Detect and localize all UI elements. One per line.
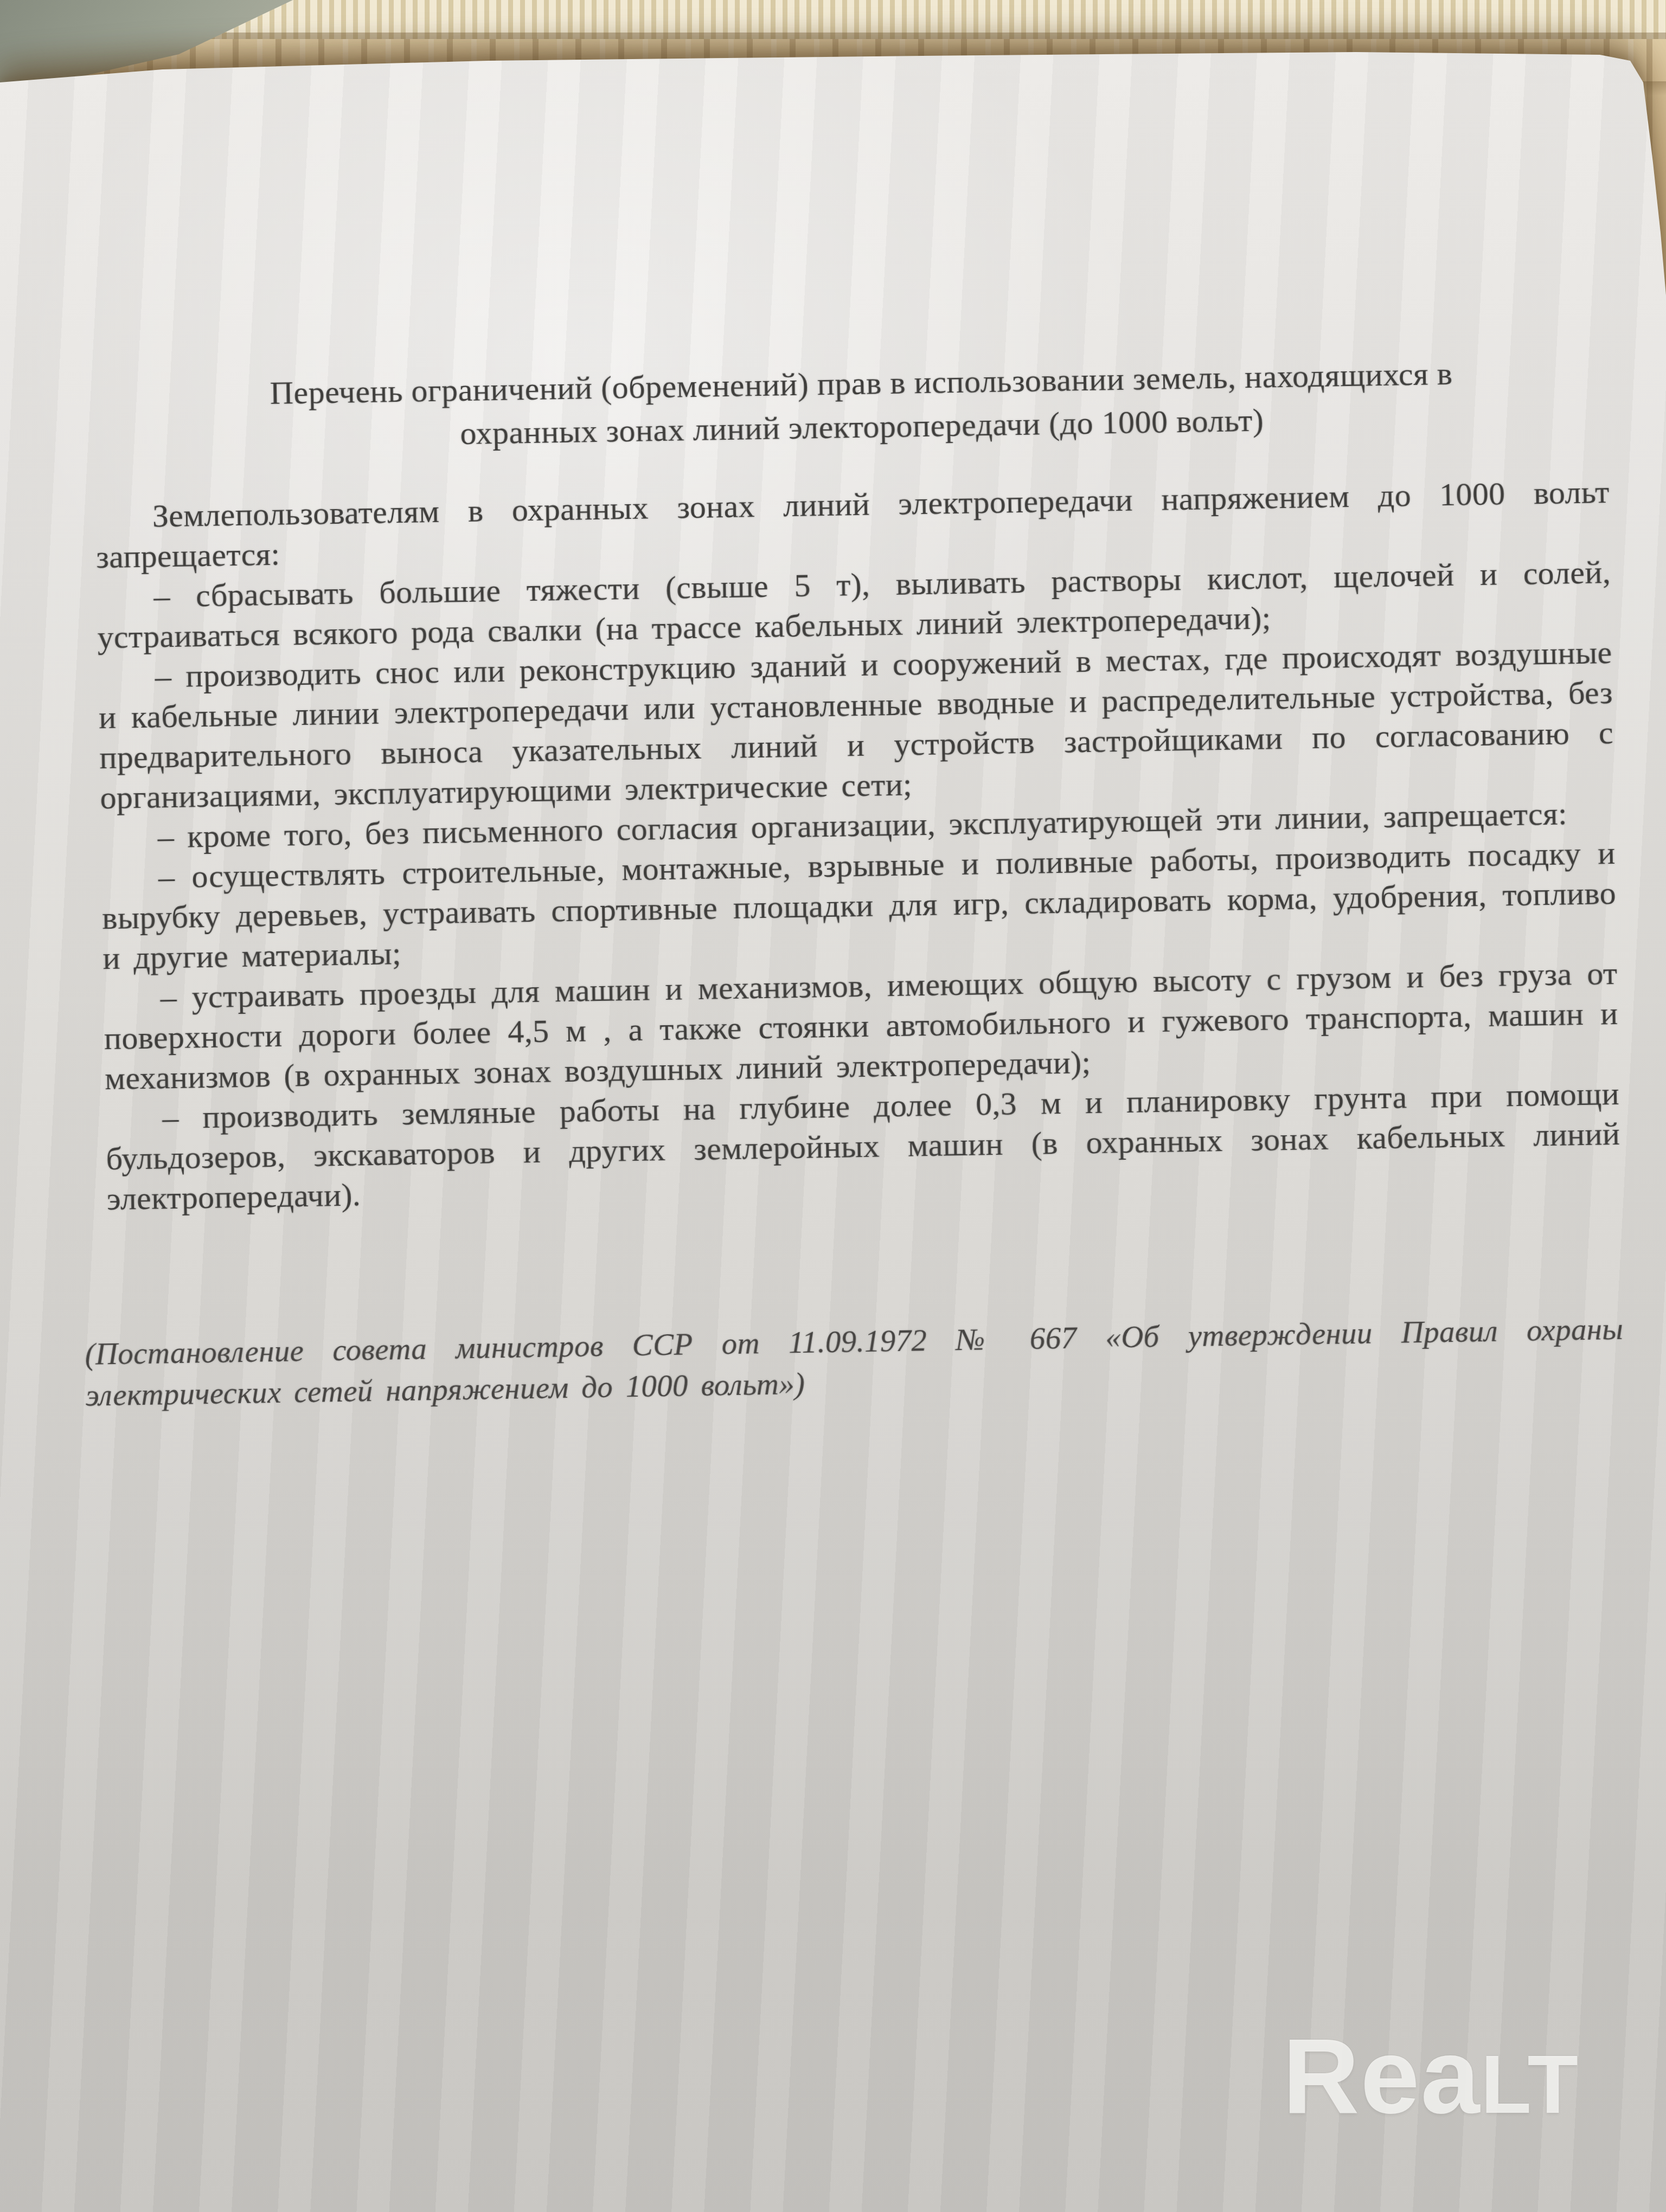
document-text: Перечень ограничений (обременений) прав … — [0, 0, 1666, 1418]
document-title: Перечень ограничений (обременений) прав … — [191, 350, 1533, 459]
list-item: – производить снос или реконструкцию зда… — [98, 632, 1614, 818]
watermark-text-main: Rea — [1283, 2017, 1481, 2136]
realt-watermark-logo: ReaLT — [1283, 2023, 1580, 2130]
list-item: – производить земляные работы на глубине… — [105, 1073, 1621, 1219]
watermark-text-caps: LT — [1481, 2039, 1580, 2131]
